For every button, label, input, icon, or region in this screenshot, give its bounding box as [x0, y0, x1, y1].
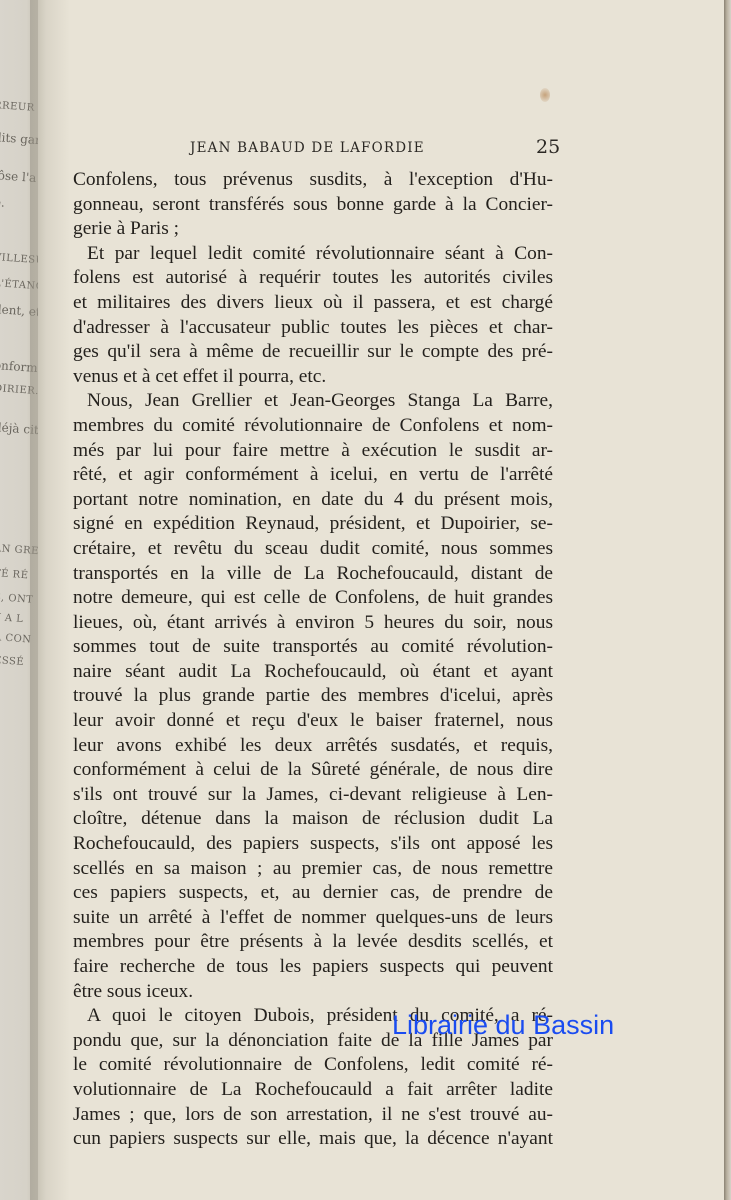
text-line: ces papiers suspects, et, au dernier cas…: [73, 881, 553, 906]
page-number: 25: [536, 136, 560, 158]
text-line: signé en expédition Reynaud, président, …: [73, 512, 553, 537]
text-line: volutionnaire de La Rochefoucauld a fait…: [73, 1078, 553, 1103]
text-line: sommes tout de suite transportés au comi…: [73, 635, 553, 660]
running-head: JEAN BABAUD DE LAFORDIE: [190, 140, 438, 156]
text-line: lieues, où, étant arrivés à environ 5 he…: [73, 611, 553, 636]
text-line: et militaires des divers lieux où il pas…: [73, 291, 553, 316]
text-line: gerie à Paris ;: [73, 217, 553, 242]
text-line: Et par lequel ledit comité révolutionnai…: [73, 242, 553, 267]
text-line: leur avoir donné et reçu d'eux le baiser…: [73, 709, 553, 734]
text-line: rêté, et agir conformément à icelui, en …: [73, 463, 553, 488]
facing-page-text: ESSÉ: [0, 655, 24, 668]
text-line: s'ils ont trouvé sur la James, ci-devant…: [73, 783, 553, 808]
text-line: faire recherche de tous les papiers susp…: [73, 955, 553, 980]
watermark-text: Librairie du Bassin: [392, 1010, 614, 1041]
body-text: Confolens, tous prévenus susdits, à l'ex…: [73, 168, 553, 1152]
book-gutter-shadow: [30, 0, 70, 1200]
text-line: Nous, Jean Grellier et Jean-Georges Stan…: [73, 389, 553, 414]
text-line: d'adresser à l'accusateur public toutes …: [73, 316, 553, 341]
text-line: suite un arrêté à l'effet de nommer quel…: [73, 906, 553, 931]
text-line: le comité révolutionnaire de Confolens, …: [73, 1053, 553, 1078]
facing-page-text: TÉ RÉ: [0, 568, 29, 581]
text-line: cloître, détenue dans la maison de réclu…: [73, 807, 553, 832]
text-line: trouvé la plus grande partie des membres…: [73, 684, 553, 709]
text-line: être sous iceux.: [73, 980, 553, 1005]
facing-page-text: A CON: [0, 632, 32, 646]
text-line: notre demeure, qui est celle de Confolen…: [73, 586, 553, 611]
text-line: gonneau, seront transférés sous bonne ga…: [73, 193, 553, 218]
facing-page-text: Y A L: [0, 612, 24, 625]
text-line: Confolens, tous prévenus susdits, à l'ex…: [73, 168, 553, 193]
text-line: folens est autorisé à requérir toutes le…: [73, 266, 553, 291]
text-line: scellés en sa maison ; au premier cas, d…: [73, 857, 553, 882]
page-edge: [724, 0, 731, 1200]
text-line: James ; que, lors de son arrestation, il…: [73, 1103, 553, 1128]
text-line: naire séant audit La Rochefoucauld, où é…: [73, 660, 553, 685]
text-line: conformément à celui de la Sûreté généra…: [73, 758, 553, 783]
text-line: més par lui pour faire mettre à exécutio…: [73, 439, 553, 464]
text-line: membres du comité révolutionnaire de Con…: [73, 414, 553, 439]
text-line: cun papiers suspects sur elle, mais que,…: [73, 1127, 553, 1152]
text-line: venus et à cet effet il pourra, etc.: [73, 365, 553, 390]
text-line: crétaire, et revêtu du sceau dudit comit…: [73, 537, 553, 562]
text-line: leur avons exhibé les deux arrêtés susda…: [73, 734, 553, 759]
facing-page-text: S, ONT: [0, 592, 34, 606]
text-line: membres pour être présents à la levée de…: [73, 930, 553, 955]
text-line: portant notre nomination, en date du 4 d…: [73, 488, 553, 513]
facing-page-text: e.: [0, 195, 5, 210]
text-line: Rochefoucauld, des papiers suspects, s'i…: [73, 832, 553, 857]
text-line: transportés en la ville de La Rochefouca…: [73, 562, 553, 587]
foxing-stain: [540, 88, 550, 102]
text-line: ges qu'il sera à même de recueillir sur …: [73, 340, 553, 365]
